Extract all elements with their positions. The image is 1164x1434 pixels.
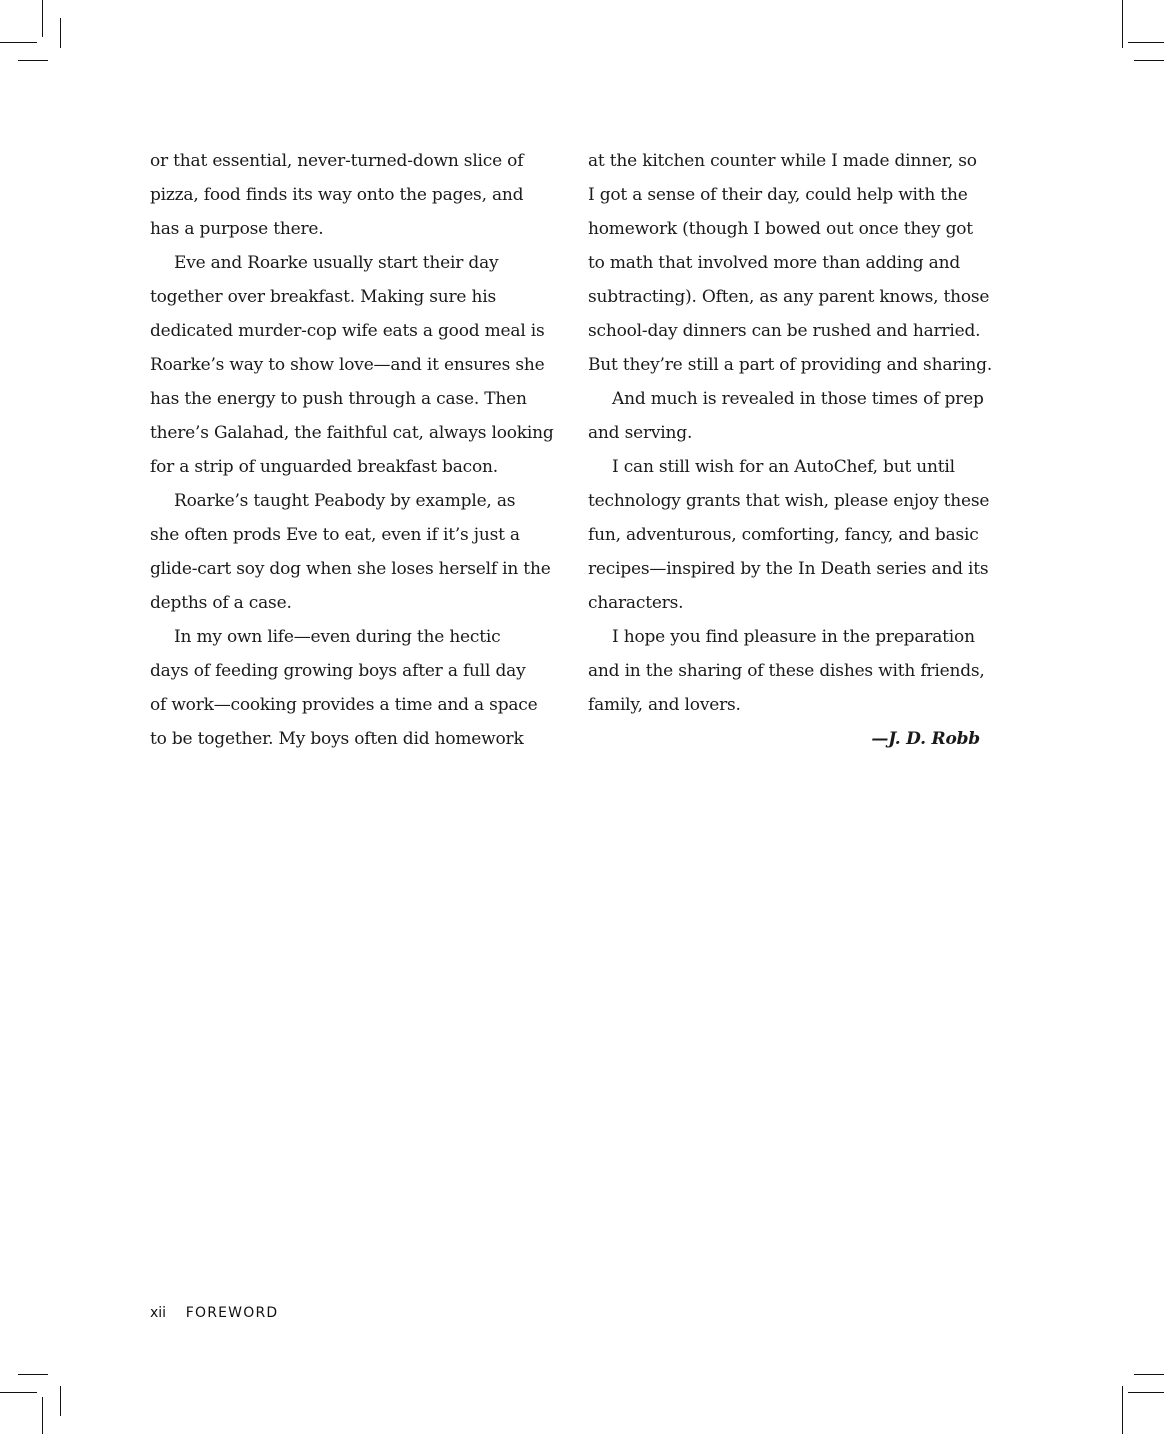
text-line: I can still wish for an AutoChef, but un… (588, 450, 980, 484)
crop-mark (1134, 1374, 1164, 1375)
text-line: I hope you find pleasure in the preparat… (588, 620, 980, 654)
text-line: Eve and Roarke usually start their day (150, 246, 550, 280)
crop-mark (1134, 60, 1164, 61)
text-line: and in the sharing of these dishes with … (588, 654, 980, 688)
text-line: family, and lovers. (588, 688, 980, 722)
crop-mark (1122, 0, 1123, 48)
right-text-column: at the kitchen counter while I made dinn… (588, 144, 980, 756)
text-line: or that essential, never-turned-down sli… (150, 144, 550, 178)
text-line: pizza, food finds its way onto the pages… (150, 178, 550, 212)
page-footer: xii FOREWORD (150, 1305, 278, 1321)
text-line: And much is revealed in those times of p… (588, 382, 980, 416)
crop-mark (0, 42, 37, 43)
text-line: Roarke’s way to show love—and it ensures… (150, 348, 550, 382)
text-line: she often prods Eve to eat, even if it’s… (150, 518, 550, 552)
text-line: I got a sense of their day, could help w… (588, 178, 980, 212)
crop-mark (1128, 1392, 1164, 1393)
text-line: Roarke’s taught Peabody by example, as (150, 484, 550, 518)
text-line: school-day dinners can be rushed and har… (588, 314, 980, 348)
crop-mark (60, 18, 61, 48)
text-line: to math that involved more than adding a… (588, 246, 980, 280)
author-signature: —J. D. Robb (588, 722, 980, 756)
text-line: In my own life—even during the hectic (150, 620, 550, 654)
crop-mark (1128, 42, 1164, 43)
text-line: of work—cooking provides a time and a sp… (150, 688, 550, 722)
text-line: recipes—inspired by the In Death series … (588, 552, 980, 586)
text-line: characters. (588, 586, 980, 620)
text-line: dedicated murder-cop wife eats a good me… (150, 314, 550, 348)
crop-mark (18, 1374, 48, 1375)
text-line: homework (though I bowed out once they g… (588, 212, 980, 246)
running-footer-title: FOREWORD (186, 1305, 279, 1321)
crop-mark (18, 60, 48, 61)
text-line: there’s Galahad, the faithful cat, alway… (150, 416, 550, 450)
text-line: fun, adventurous, comforting, fancy, and… (588, 518, 980, 552)
text-line: has a purpose there. (150, 212, 550, 246)
text-line: depths of a case. (150, 586, 550, 620)
text-line: subtracting). Often, as any parent knows… (588, 280, 980, 314)
text-line: together over breakfast. Making sure his (150, 280, 550, 314)
crop-mark (1122, 1386, 1123, 1434)
text-line: at the kitchen counter while I made dinn… (588, 144, 980, 178)
book-page: or that essential, never-turned-down sli… (0, 0, 1164, 1434)
left-text-column: or that essential, never-turned-down sli… (150, 144, 550, 756)
crop-mark (0, 1392, 37, 1393)
text-line: But they’re still a part of providing an… (588, 348, 980, 382)
text-line: technology grants that wish, please enjo… (588, 484, 980, 518)
text-line: for a strip of unguarded breakfast bacon… (150, 450, 550, 484)
crop-mark (60, 1386, 61, 1416)
text-line: to be together. My boys often did homewo… (150, 722, 550, 756)
text-line: has the energy to push through a case. T… (150, 382, 550, 416)
text-line: days of feeding growing boys after a ful… (150, 654, 550, 688)
text-line: and serving. (588, 416, 980, 450)
crop-mark (42, 1397, 43, 1434)
crop-mark (42, 0, 43, 37)
text-line: glide-cart soy dog when she loses hersel… (150, 552, 550, 586)
page-number: xii (150, 1305, 166, 1321)
